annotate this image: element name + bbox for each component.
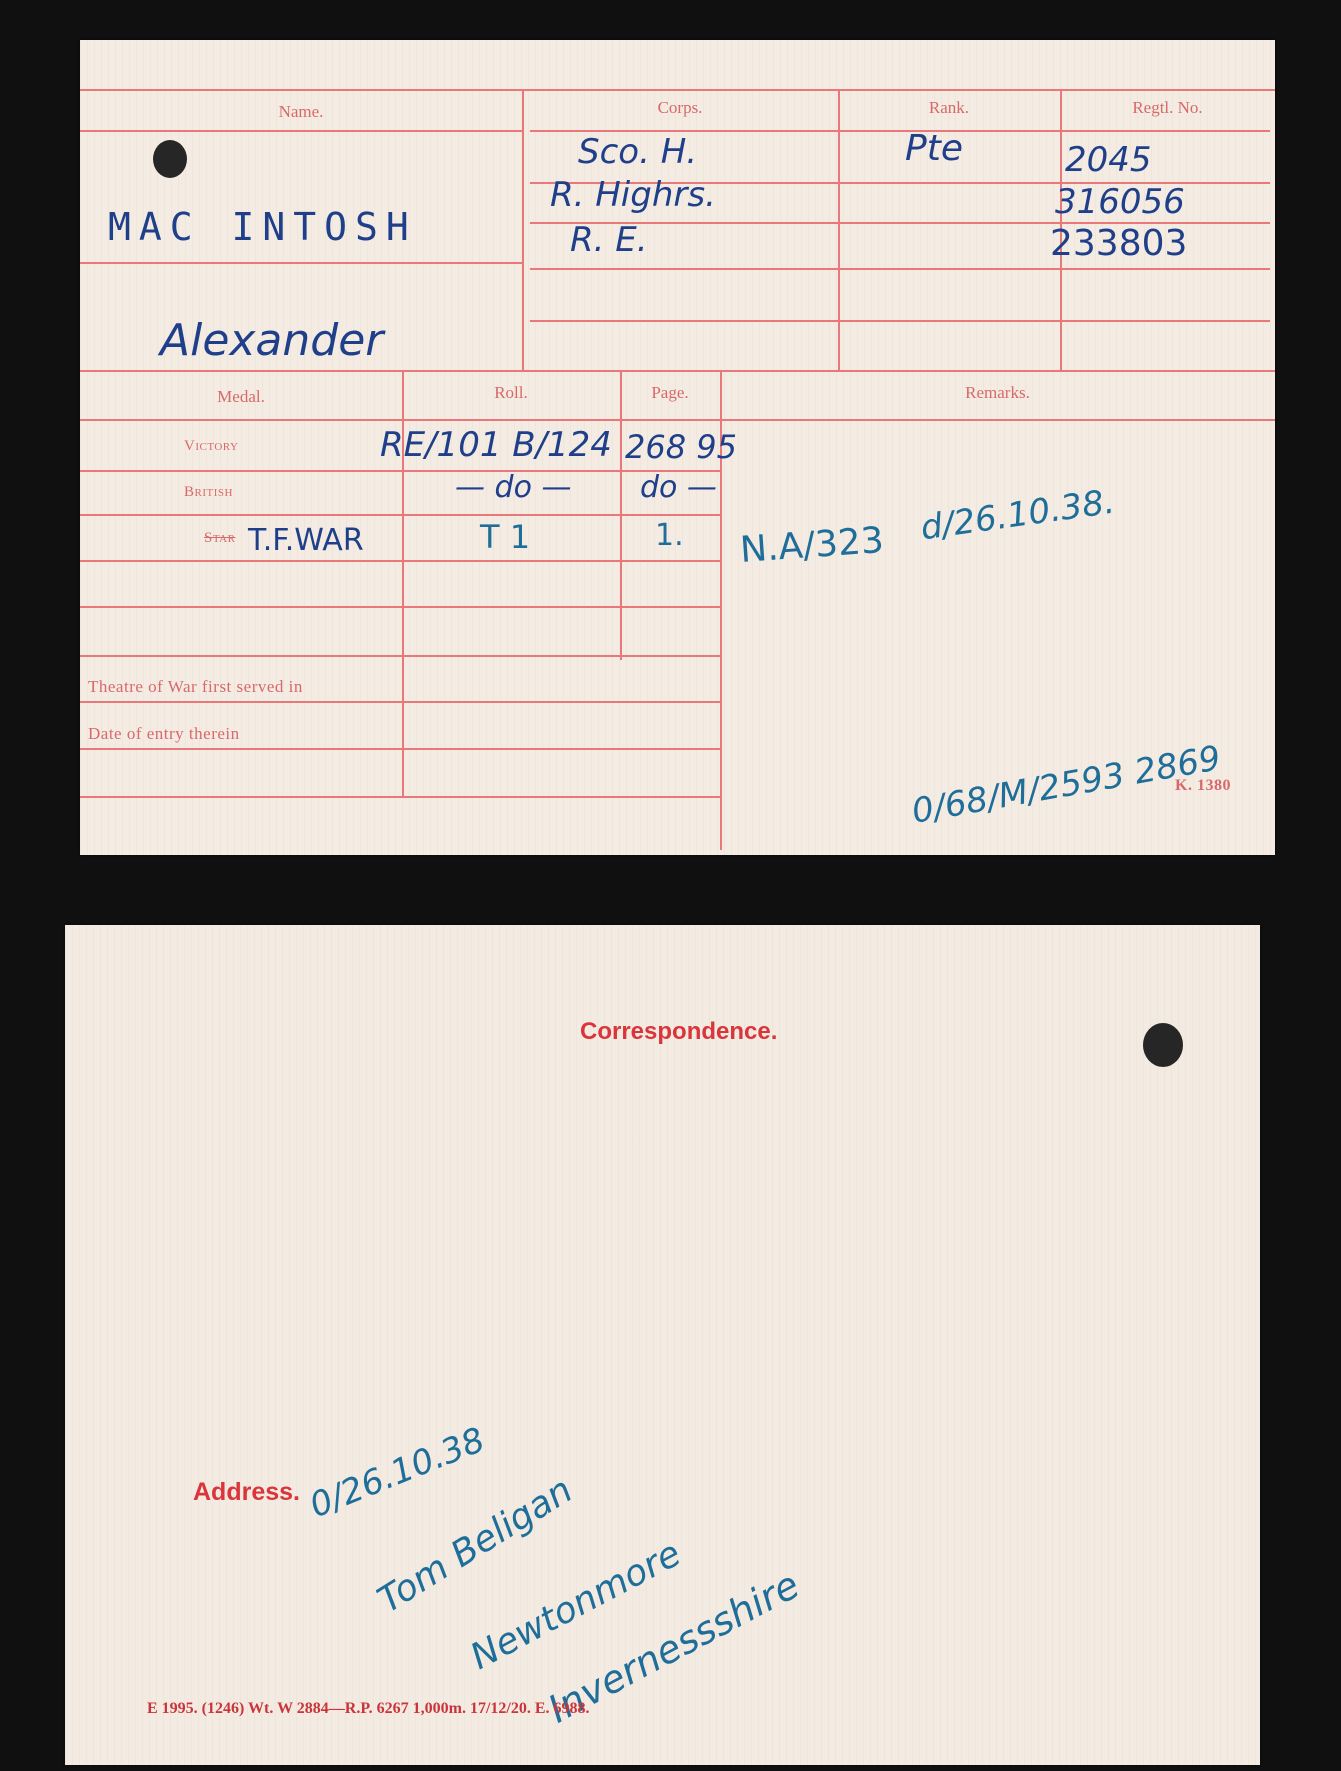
medal-label-star: Star	[204, 530, 235, 547]
rule	[80, 655, 720, 657]
star-handwritten: T.F.WAR	[248, 523, 364, 558]
form-code: K. 1380	[1175, 777, 1231, 795]
rule	[80, 796, 720, 798]
rule	[80, 470, 720, 472]
rule	[80, 370, 1275, 372]
label-theatre: Theatre of War first served in	[88, 677, 303, 697]
header-remarks: Remarks.	[720, 383, 1275, 403]
forename: Alexander	[160, 315, 383, 366]
regtl-no-3: 233803	[1050, 223, 1187, 264]
rule	[80, 748, 720, 750]
rule	[530, 268, 1270, 270]
header-medal: Medal.	[80, 387, 402, 407]
roll-british: — do —	[455, 470, 571, 505]
header-regtl-no: Regtl. No.	[1060, 98, 1275, 118]
remarks-entry: N.A/323	[739, 520, 885, 571]
header-corps: Corps.	[522, 98, 838, 118]
regtl-no-2: 316056	[1055, 182, 1185, 222]
label-date-of-entry: Date of entry therein	[88, 724, 240, 744]
rule	[80, 89, 1275, 91]
rule	[80, 514, 720, 516]
rule	[620, 370, 622, 660]
rule	[80, 419, 1275, 421]
corps-line-2: R. Highrs.	[550, 175, 716, 215]
page-victory: 268 95	[625, 428, 737, 466]
rule	[80, 130, 522, 132]
remarks-date-note: d/26.10.38.	[918, 482, 1117, 549]
surname: MAC INTOSH	[108, 205, 417, 249]
page-british: do —	[640, 470, 717, 505]
rule	[522, 89, 524, 370]
correspondence-title: Correspondence.	[580, 1018, 777, 1046]
header-page: Page.	[620, 383, 720, 403]
address-date: 0/26.10.38	[304, 1420, 490, 1526]
rank-value: Pte	[905, 128, 963, 169]
corps-line-1: Sco. H.	[578, 132, 697, 172]
corps-line-3: R. E.	[570, 220, 648, 260]
print-footer: E 1995. (1246) Wt. W 2884—R.P. 6267 1,00…	[147, 1700, 590, 1718]
rule	[80, 262, 522, 264]
rule	[530, 320, 1270, 322]
page-star: 1.	[655, 518, 684, 553]
medal-label-british: British	[184, 484, 233, 501]
regtl-no-1: 2045	[1065, 140, 1152, 180]
roll-victory: RE/101 B/124	[380, 425, 612, 465]
rule	[80, 701, 720, 703]
rule	[80, 560, 720, 562]
header-name: Name.	[80, 102, 522, 122]
roll-star: T 1	[480, 518, 530, 556]
punch-hole	[1143, 1023, 1183, 1067]
punch-hole	[153, 140, 187, 178]
rule	[838, 89, 840, 370]
medal-card-front: Name. Corps. Rank. Regtl. No. Medal. Rol…	[80, 40, 1275, 855]
rule	[80, 606, 720, 608]
header-rank: Rank.	[838, 98, 1060, 118]
header-roll: Roll.	[402, 383, 620, 403]
address-label: Address.	[193, 1478, 300, 1507]
medal-card-back: Correspondence. Address. 0/26.10.38 Tom …	[65, 925, 1260, 1765]
medal-label-victory: Victory	[184, 438, 238, 455]
